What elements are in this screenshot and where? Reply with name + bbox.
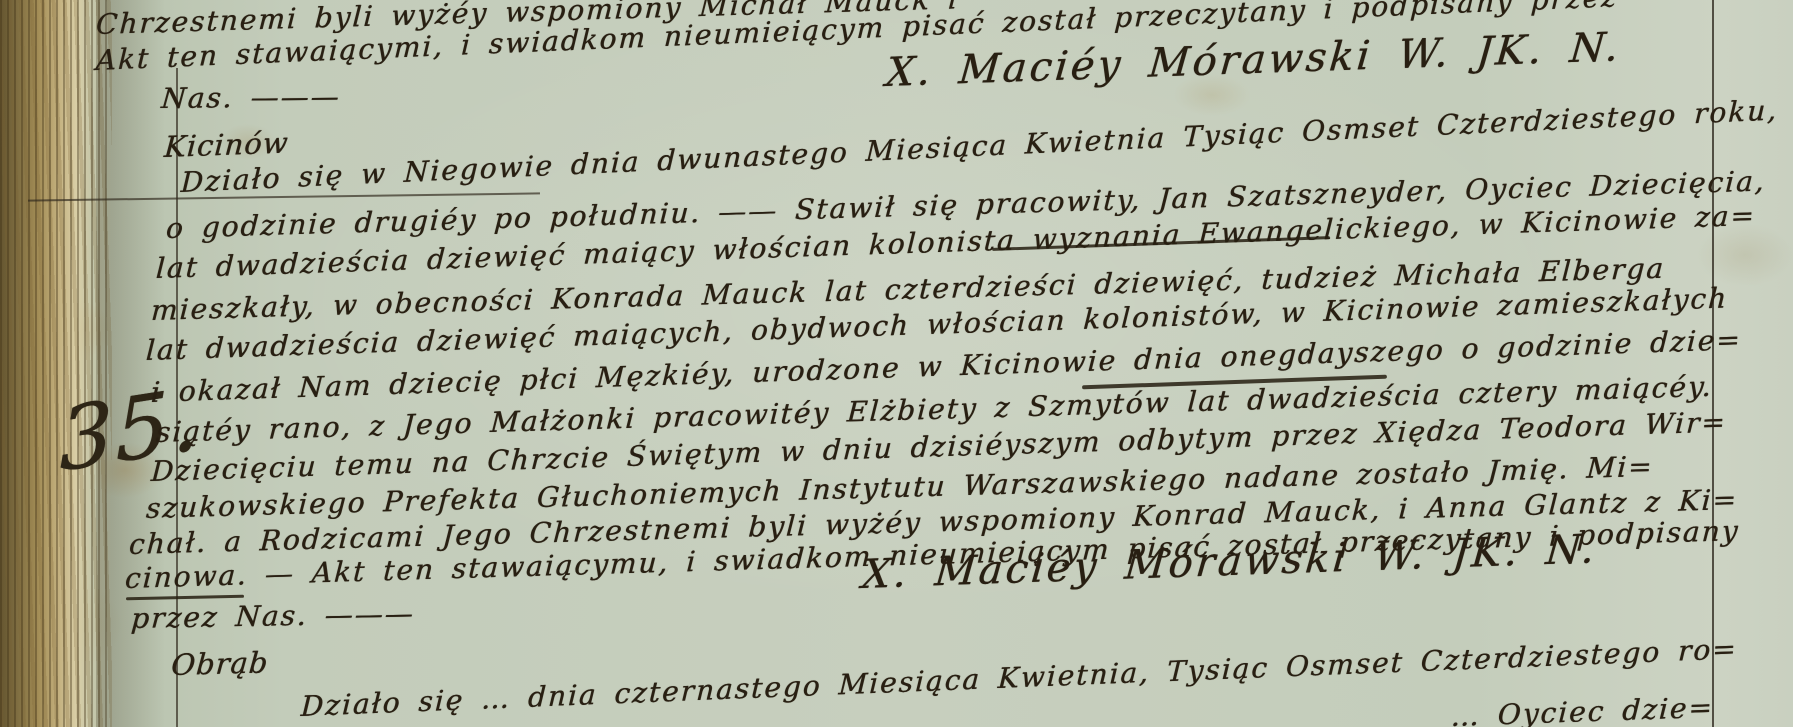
- registry-book-scan: Chrzestnemi byli wyżéy wspomiony Michał …: [0, 0, 1793, 727]
- next-record-place-label: Obrąb: [170, 645, 270, 682]
- record-place-label: Kicinów: [163, 126, 290, 164]
- prev-record-line: Nas. ———: [160, 80, 342, 116]
- next-record-line: … Oyciec dzie=: [1450, 691, 1715, 727]
- record-line: przez Nas. ———: [130, 597, 416, 636]
